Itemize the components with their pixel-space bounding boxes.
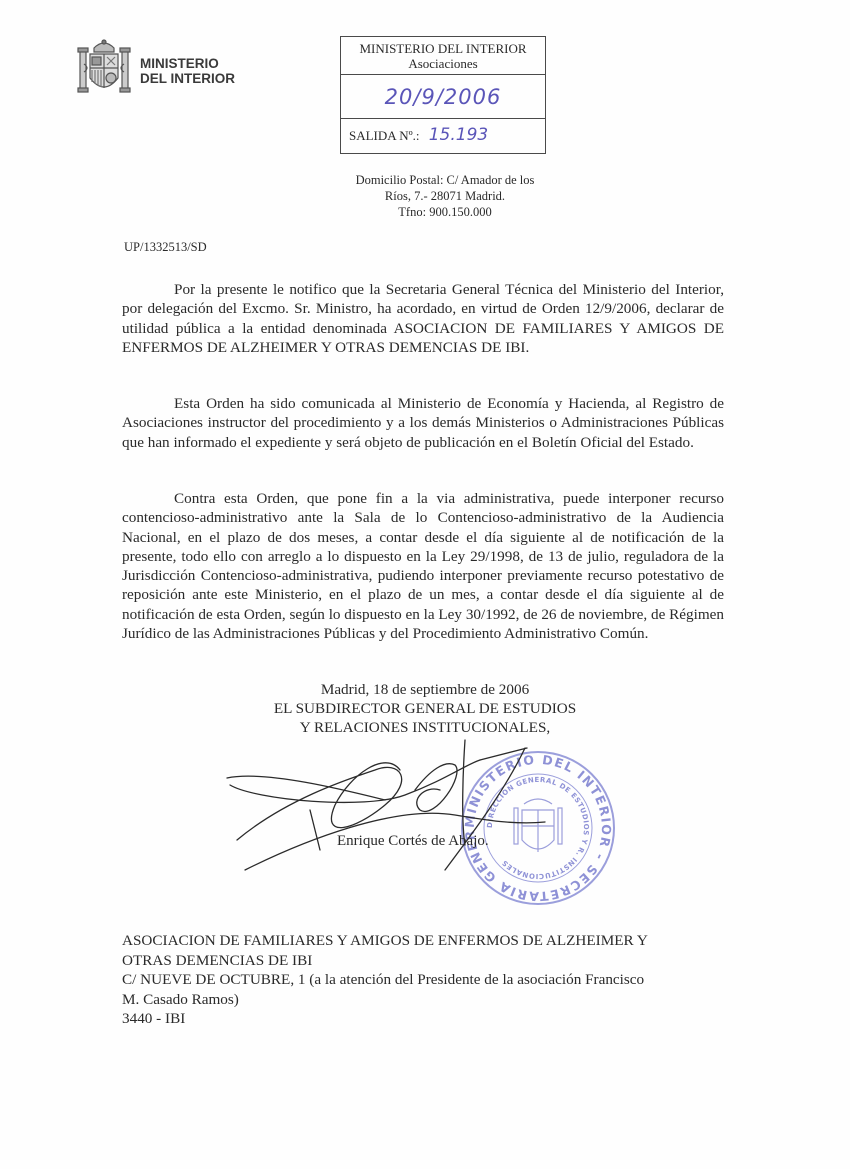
body-paragraph-1-text: Por la presente le notifico que la Secre… bbox=[122, 280, 724, 357]
ministry-logo-text: MINISTERIO DEL INTERIOR bbox=[140, 56, 235, 86]
postal-address-phone: Tfno: 900.150.000 bbox=[330, 204, 560, 220]
place-and-date: Madrid, 18 de septiembre de 2006 bbox=[240, 680, 610, 699]
letter-page: MINISTERIO DEL INTERIOR MINISTERIO DEL I… bbox=[0, 0, 850, 1169]
handwritten-signature bbox=[225, 730, 555, 880]
exit-number-value: 15.193 bbox=[429, 125, 488, 145]
recipient-address: ASOCIACION DE FAMILIARES Y AMIGOS DE ENF… bbox=[122, 931, 724, 1029]
exit-number-label: SALIDA Nº.: bbox=[349, 128, 419, 143]
signer-name: Enrique Cortés de Abajo. bbox=[337, 833, 489, 850]
postal-address-line1: Domicilio Postal: C/ Amador de los bbox=[330, 172, 560, 188]
registry-stamp-header: MINISTERIO DEL INTERIOR Asociaciones bbox=[341, 37, 545, 75]
recipient-line4: M. Casado Ramos) bbox=[122, 990, 724, 1010]
registry-stamp-department: Asociaciones bbox=[341, 56, 545, 71]
ministry-logo-line1: MINISTERIO bbox=[140, 56, 235, 71]
registry-stamp-ministry: MINISTERIO DEL INTERIOR bbox=[341, 41, 545, 56]
body-paragraph-3-text: Contra esta Orden, que pone fin a la via… bbox=[122, 489, 724, 643]
body-paragraph-2-text: Esta Orden ha sido comunicada al Ministe… bbox=[122, 394, 724, 452]
registry-stamp: MINISTERIO DEL INTERIOR Asociaciones 20/… bbox=[340, 36, 546, 154]
body-paragraph-3: Contra esta Orden, que pone fin a la via… bbox=[122, 489, 724, 643]
signer-title-line1: EL SUBDIRECTOR GENERAL DE ESTUDIOS bbox=[240, 699, 610, 718]
recipient-line5: 3440 - IBI bbox=[122, 1009, 724, 1029]
registry-stamp-date: 20/9/2006 bbox=[341, 75, 545, 119]
recipient-line2: OTRAS DEMENCIAS DE IBI bbox=[122, 951, 724, 971]
document-reference: UP/1332513/SD bbox=[124, 240, 207, 255]
closing-block: Madrid, 18 de septiembre de 2006 EL SUBD… bbox=[240, 680, 610, 737]
spanish-coat-of-arms-icon bbox=[76, 38, 132, 98]
registry-stamp-exit-number: SALIDA Nº.: 15.193 bbox=[341, 119, 545, 152]
recipient-line3: C/ NUEVE DE OCTUBRE, 1 (a la atención de… bbox=[122, 970, 724, 990]
ministry-logo-line2: DEL INTERIOR bbox=[140, 71, 235, 86]
body-paragraph-1: Por la presente le notifico que la Secre… bbox=[122, 280, 724, 357]
postal-address-line2: Ríos, 7.- 28071 Madrid. bbox=[330, 188, 560, 204]
recipient-line1: ASOCIACION DE FAMILIARES Y AMIGOS DE ENF… bbox=[122, 931, 724, 951]
body-paragraph-2: Esta Orden ha sido comunicada al Ministe… bbox=[122, 394, 724, 452]
postal-address: Domicilio Postal: C/ Amador de los Ríos,… bbox=[330, 172, 560, 220]
